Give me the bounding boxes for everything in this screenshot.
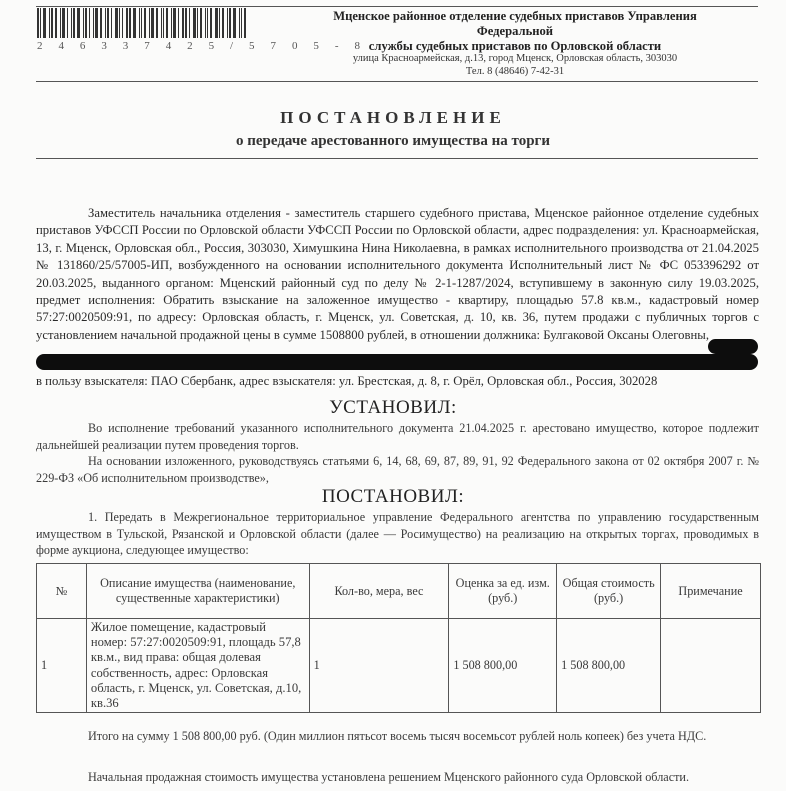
established-paragraph-1: Во исполнение требований указанного испо…	[36, 420, 759, 453]
document-subtitle: о передаче арестованного имущества на то…	[0, 133, 786, 150]
col-header-quantity: Кол-во, мера, вес	[309, 564, 449, 619]
header-top-rule	[36, 6, 758, 7]
document-title: ПОСТАНОВЛЕНИЕ	[0, 108, 786, 128]
org-address: улица Красноармейская, д.13, город Мценс…	[300, 52, 730, 65]
heading-resolved: ПОСТАНОВИЛ:	[0, 486, 786, 508]
cell-unit-price: 1 508 800,00	[449, 619, 557, 713]
table-header-row: № Описание имущества (наименование, суще…	[37, 564, 761, 619]
cell-number: 1	[37, 619, 87, 713]
cell-quantity: 1	[309, 619, 449, 713]
total-paragraph: Итого на сумму 1 508 800,00 руб. (Один м…	[36, 726, 759, 746]
org-line-1: Мценское районное отделение судебных при…	[300, 9, 730, 39]
creditor-line: в пользу взыскателя: ПАО Сбербанк, адрес…	[36, 373, 759, 390]
established-paragraph-2: На основании изложенного, руководствуясь…	[36, 453, 759, 486]
intro-paragraph: Заместитель начальника отделения - замес…	[36, 205, 759, 344]
table-row: 1 Жилое помещение, кадастровый номер: 57…	[37, 619, 761, 713]
col-header-total: Общая стоимость (руб.)	[557, 564, 661, 619]
col-header-unit-price: Оценка за ед. изм. (руб.)	[449, 564, 557, 619]
redacted-area	[708, 339, 758, 354]
col-header-note: Примечание	[661, 564, 761, 619]
organization-name: Мценское районное отделение судебных при…	[300, 9, 730, 54]
resolved-paragraph-1: 1. Передать в Межрегиональное территориа…	[36, 509, 759, 559]
redacted-area	[36, 354, 758, 370]
cell-description: Жилое помещение, кадастровый номер: 57:2…	[86, 619, 309, 713]
cell-total: 1 508 800,00	[557, 619, 661, 713]
cell-note	[661, 619, 761, 713]
col-header-description: Описание имущества (наименование, сущест…	[86, 564, 309, 619]
price-paragraph: Начальная продажная стоимость имущества …	[36, 767, 759, 787]
property-table: № Описание имущества (наименование, суще…	[36, 563, 761, 713]
org-phone: Тел. 8 (48646) 7-42-31	[300, 65, 730, 78]
heading-established: УСТАНОВИЛ:	[0, 397, 786, 419]
organization-contact: улица Красноармейская, д.13, город Мценс…	[300, 52, 730, 78]
header-bottom-rule	[36, 81, 758, 82]
title-rule	[36, 158, 758, 159]
barcode-image	[37, 8, 272, 38]
col-header-number: №	[37, 564, 87, 619]
